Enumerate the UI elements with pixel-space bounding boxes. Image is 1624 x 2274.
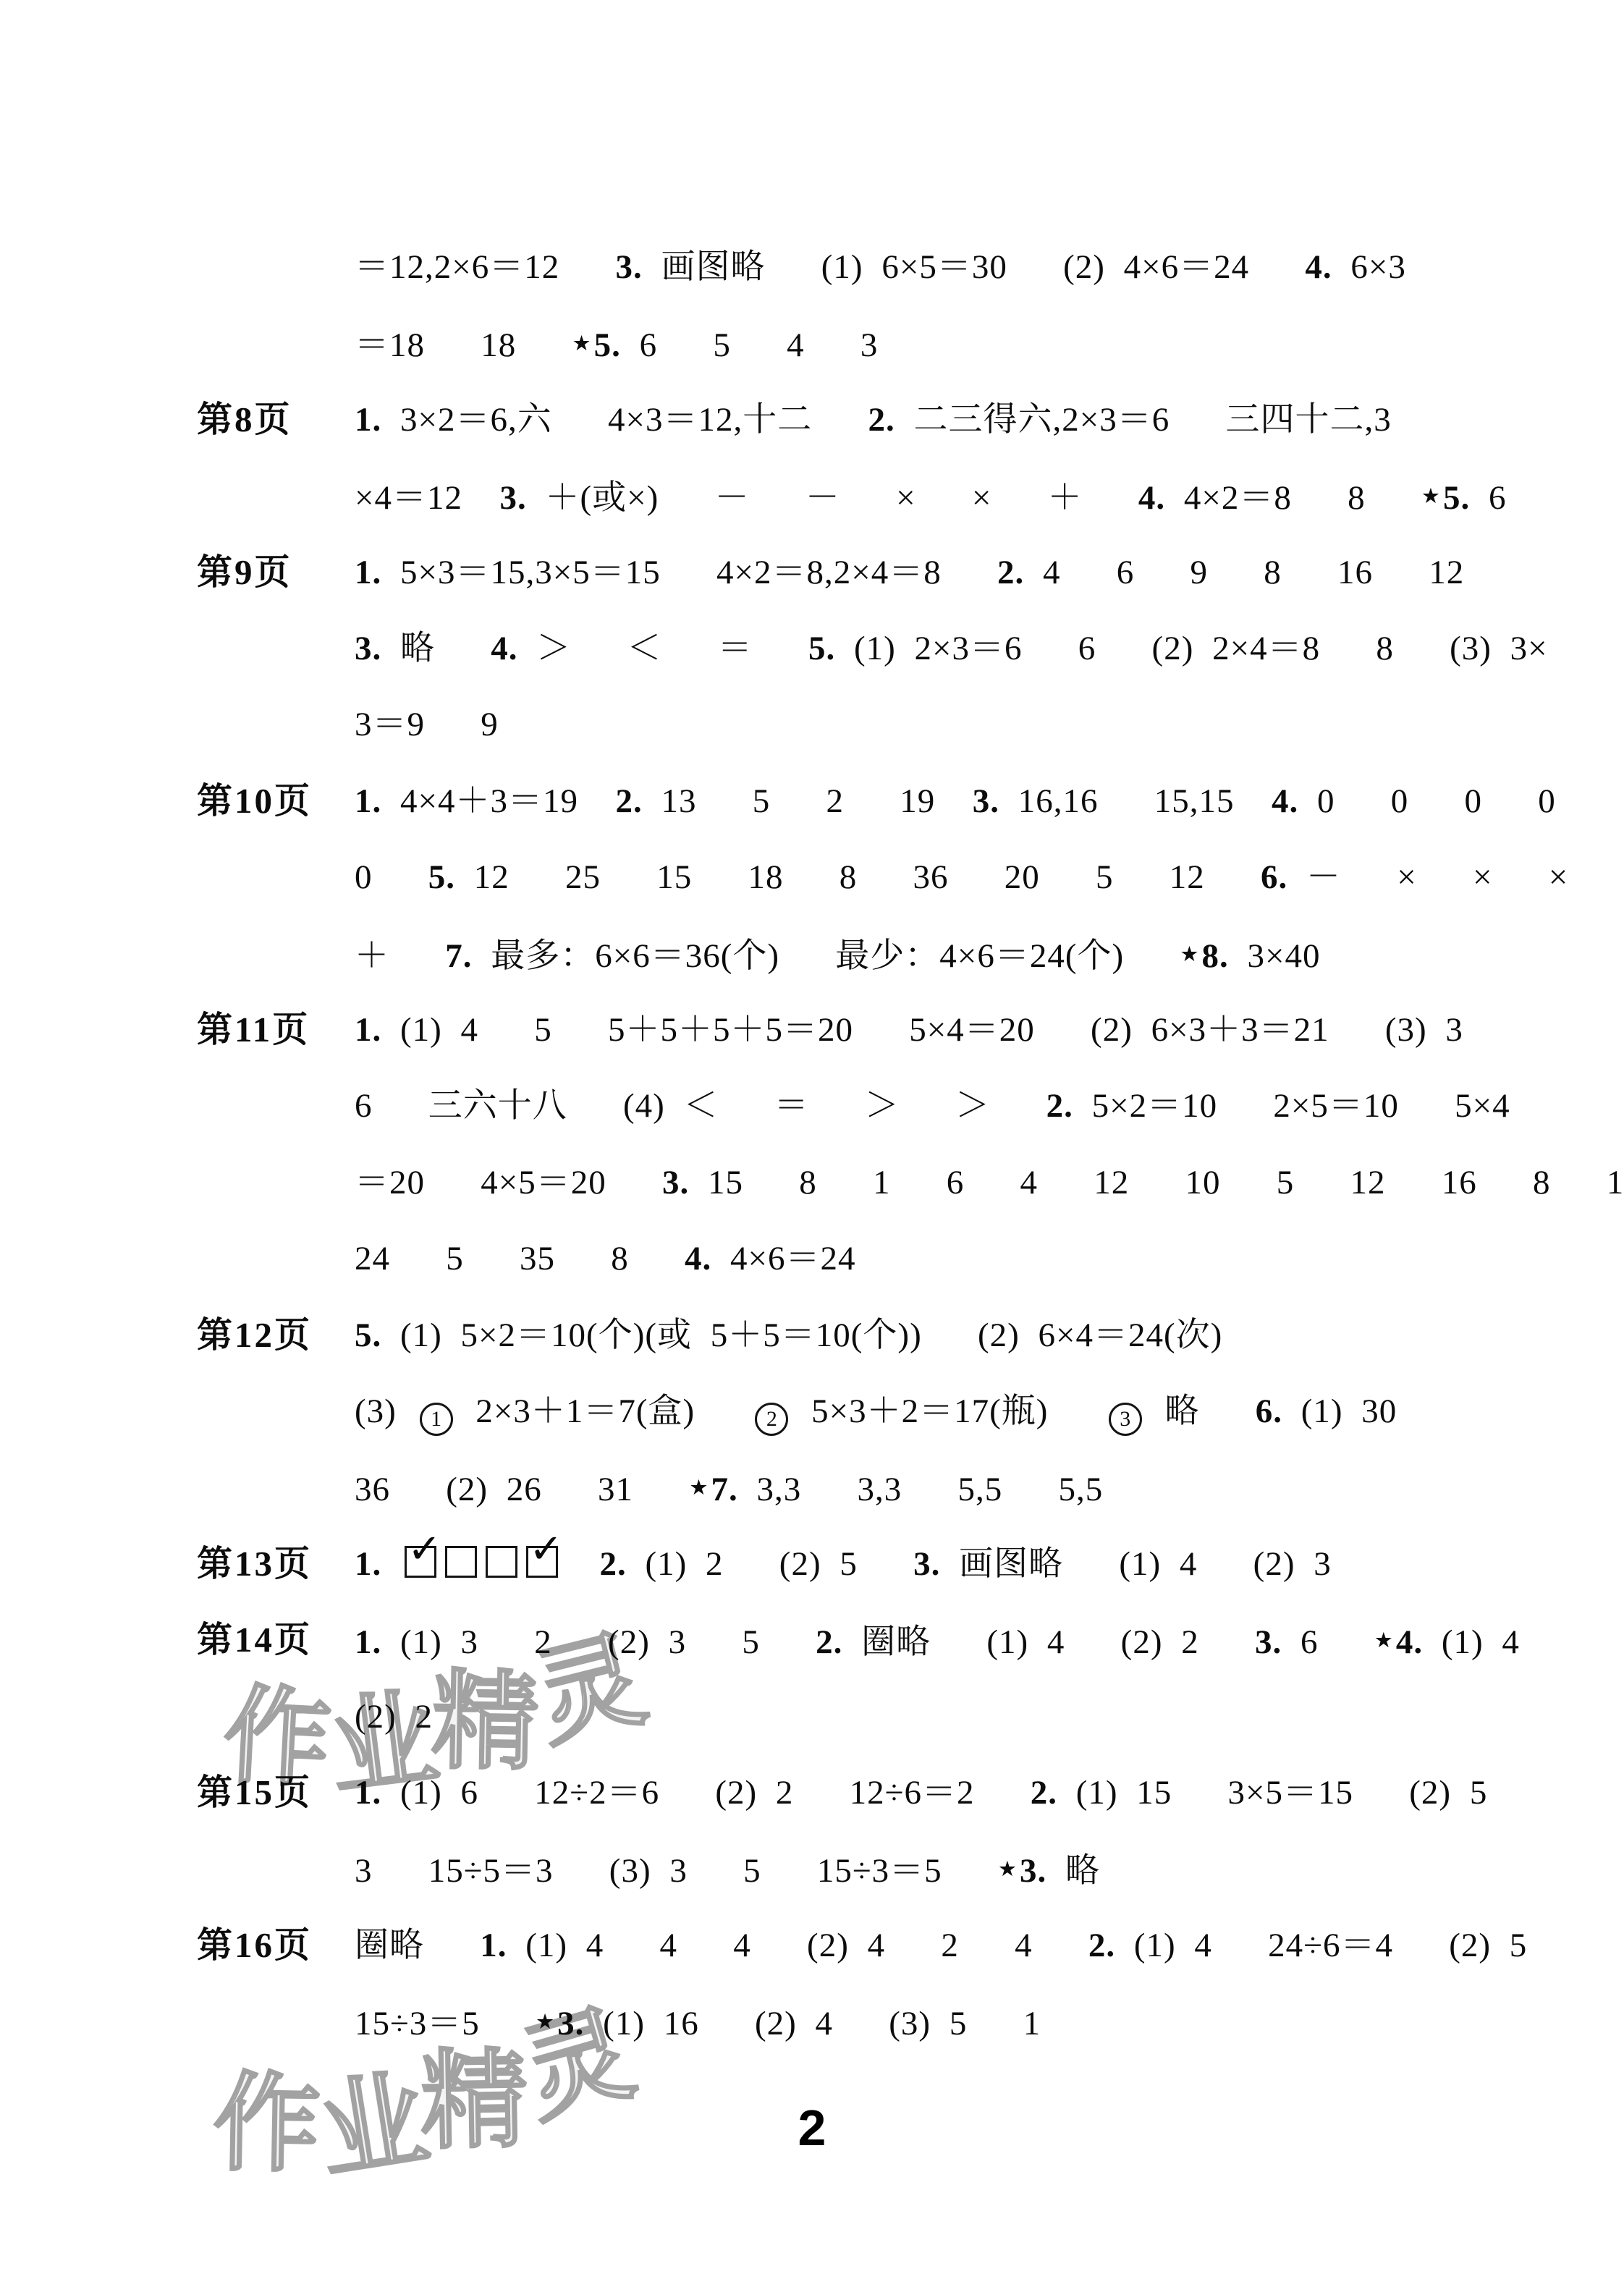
item-number: 4. [491, 630, 517, 667]
answer-text: 3×40 [1229, 937, 1321, 975]
circled-number: 3 [1109, 1403, 1142, 1436]
item-number: 3. [500, 479, 527, 517]
answer-text: 6 [1282, 1623, 1374, 1661]
star-icon: ★ [998, 1856, 1018, 1881]
answer-text: ＋(或×) － － × × ＋ [527, 479, 1138, 517]
answer-text: 5×3＝15,3×5＝15 4×2＝8,2×4＝8 [381, 554, 997, 591]
answer-text: (1) 15 3×5＝15 (2) 5 [1057, 1774, 1487, 1812]
answer-text: 36 (2) 26 31 [355, 1471, 689, 1508]
item-number: 6. [1261, 858, 1287, 896]
answer-text: 6 5 4 3 [621, 326, 879, 364]
answer-line: 1. (1) 4 5 5＋5＋5＋5＝20 5×4＝20 (2) 6×3＋3＝2… [355, 992, 1463, 1068]
item-number: 7. [445, 937, 472, 975]
item-number: 1. [355, 401, 381, 439]
page-label: 第8页 [197, 381, 292, 458]
answer-text: (2) 2 [355, 1698, 433, 1736]
answer-text: (1) 4 4 4 (2) 4 2 4 [507, 1927, 1088, 1964]
item-number: 1. [355, 782, 381, 820]
page-label: 第12页 [197, 1297, 312, 1374]
page-label: 第10页 [197, 763, 312, 840]
answer-text: 3×2＝6,六 4×3＝12,十二 [381, 401, 868, 439]
answer-line: (3) 1 2×3＋1＝7(盒) 2 5×3＋2＝17(瓶) 3 略 6. (1… [355, 1373, 1397, 1450]
page-number: 2 [776, 2099, 848, 2157]
answer-line: ＋ 7. 最多：6×6＝36(个) 最少：4×6＝24(个) ★8. 3×40 [355, 916, 1321, 992]
answer-text: 画图略 (1) 4 (2) 3 [940, 1545, 1331, 1583]
item-number: 4. [685, 1240, 711, 1277]
item-number: 1. [355, 1545, 381, 1583]
star-icon: ★ [1180, 942, 1199, 966]
answer-line: (2) 2 [355, 1678, 433, 1755]
item-number: 3. [1020, 1852, 1046, 1890]
item-number: 3. [913, 1545, 940, 1583]
answer-text: 6 三六十八 (4) ＜ ＝ ＞ ＞ [355, 1087, 1046, 1125]
answer-line: ＝12,2×6＝12 3. 画图略 (1) 6×5＝30 (2) 4×6＝24 … [355, 229, 1406, 305]
item-number: 8. [1202, 937, 1229, 975]
answer-line: 36 (2) 26 31 ★7. 3,3 3,3 5,5 5,5 [355, 1449, 1103, 1526]
item-number: 6. [1256, 1392, 1282, 1430]
star-icon: ★ [1374, 1628, 1394, 1652]
page-label: 第16页 [197, 1907, 312, 1984]
answer-text: 4×2＝8 8 [1165, 479, 1421, 517]
item-number: 3. [355, 630, 381, 667]
answer-line: 0 5. 12 25 15 18 8 36 20 5 12 6. － × × ×… [355, 839, 1624, 916]
answer-text: (1) 6 12÷2＝6 (2) 2 12÷6＝2 [381, 1774, 1030, 1812]
answer-text: (1) 3 2 (2) 3 5 [381, 1623, 816, 1661]
answer-text: 圈略 [355, 1927, 480, 1964]
answer-text: 0 [355, 858, 428, 896]
answer-text: 最多：6×6＝36(个) 最少：4×6＝24(个) [473, 937, 1180, 975]
answer-line: ＝18 18 ★5. 6 5 4 3 [355, 305, 878, 381]
checkbox-empty-icon [486, 1546, 517, 1578]
answer-text: (1) 30 [1282, 1392, 1397, 1430]
item-number: 3. [616, 248, 643, 286]
answer-text: 3 15÷5＝3 (3) 3 5 15÷3＝5 [355, 1852, 998, 1890]
circled-number: 2 [755, 1403, 788, 1436]
answer-text: 3,3 3,3 5,5 5,5 [738, 1471, 1104, 1508]
answer-line: 5. (1) 5×2＝10(个)(或 5＋5＝10(个)) (2) 6×4＝24… [355, 1297, 1222, 1374]
item-number: 2. [816, 1623, 842, 1661]
page-label: 第11页 [197, 992, 310, 1068]
answer-line: 1. (1) 6 12÷2＝6 (2) 2 12÷6＝2 2. (1) 15 3… [355, 1754, 1487, 1831]
answer-text: (3) [355, 1392, 415, 1430]
circled-number: 1 [420, 1403, 453, 1436]
item-number: 3. [662, 1164, 689, 1201]
check-mark-icon: ✓ [407, 1529, 442, 1570]
page-label: 第9页 [197, 534, 292, 611]
answer-line: ＝20 4×5＝20 3. 15 8 1 6 4 12 10 5 12 16 8… [355, 1144, 1624, 1221]
answer-line: 1. ✓✓ 2. (1) 2 (2) 5 3. 画图略 (1) 4 (2) 3 [355, 1526, 1332, 1602]
item-number: 5. [1443, 479, 1470, 517]
item-number: 2. [997, 554, 1024, 591]
item-number: 2. [1088, 1927, 1115, 1964]
answer-text: ＋ [355, 937, 445, 975]
answer-line: 3＝9 9 [355, 686, 499, 763]
item-number: 1. [355, 1774, 381, 1812]
answer-text: 4×6＝24 [711, 1240, 855, 1277]
answer-line: 24 5 35 8 4. 4×6＝24 [355, 1220, 856, 1297]
answer-text: 3＝9 9 [355, 706, 499, 743]
item-number: 7. [711, 1471, 737, 1508]
answer-text: (1) 4 24÷6＝4 (2) 5 [1115, 1927, 1527, 1964]
answer-key-page: 作业精灵 作业精灵 ＝12,2×6＝12 3. 画图略 (1) 6×5＝30 (… [0, 0, 1624, 2274]
checkbox-empty-icon [445, 1546, 477, 1578]
star-icon: ★ [1421, 483, 1441, 508]
answer-text: ＝12,2×6＝12 [355, 248, 616, 286]
answer-line: 3 15÷5＝3 (3) 3 5 15÷3＝5 ★3. 略 [355, 1830, 1100, 1907]
item-number: 5. [355, 1316, 381, 1354]
answer-line: 圈略 1. (1) 4 4 4 (2) 4 2 4 2. (1) 4 24÷6＝… [355, 1907, 1527, 1984]
answer-line: 3. 略 4. ＞ ＜ ＝ 5. (1) 2×3＝6 6 (2) 2×4＝8 8… [355, 610, 1548, 687]
answer-line: 1. 5×3＝15,3×5＝15 4×2＝8,2×4＝8 2. 4 6 9 8 … [355, 534, 1464, 611]
star-icon: ★ [572, 331, 592, 355]
answer-text: (1) 2×3＝6 6 (2) 2×4＝8 8 (3) 3× [835, 630, 1547, 667]
page-label: 第14页 [197, 1602, 312, 1678]
item-number: 1. [355, 1011, 381, 1049]
item-number: 2. [600, 1545, 627, 1583]
answer-text: － × × × ＋ [1287, 858, 1624, 896]
answer-text: 略 [381, 630, 491, 667]
answer-line: 15÷3＝5 ★3. (1) 16 (2) 4 (3) 5 1 [355, 1983, 1041, 2060]
page-label: 第15页 [197, 1754, 312, 1831]
answer-line: 6 三六十八 (4) ＜ ＝ ＞ ＞ 2. 5×2＝10 2×5＝10 5×4 [355, 1068, 1510, 1144]
item-number: 1. [355, 1623, 381, 1661]
item-number: 3. [557, 2005, 584, 2042]
answer-text: 圈略 (1) 4 (2) 2 [842, 1623, 1255, 1661]
answer-text: (1) 16 (2) 4 (3) 5 1 [584, 2005, 1041, 2042]
answer-text: (1) 2 (2) 5 [627, 1545, 913, 1583]
item-number: 4. [1138, 479, 1165, 517]
answer-text: 6 [1470, 479, 1506, 517]
star-icon: ★ [689, 1475, 709, 1500]
item-number: 1. [355, 554, 381, 591]
answer-text: 二三得六,2×3＝6 三四十二,3 [895, 401, 1392, 439]
answer-line: 1. (1) 3 2 (2) 3 5 2. 圈略 (1) 4 (2) 2 3. … [355, 1602, 1520, 1678]
item-number: 3. [973, 782, 999, 820]
answer-line: 1. 3×2＝6,六 4×3＝12,十二 2. 二三得六,2×3＝6 三四十二,… [355, 381, 1392, 458]
page-label: 第13页 [197, 1526, 312, 1602]
answer-text: 15 8 1 6 4 12 10 5 12 16 8 15 [689, 1164, 1624, 1201]
answer-text: 12 25 15 18 8 36 20 5 12 [455, 858, 1261, 896]
answers-content: ＝12,2×6＝12 3. 画图略 (1) 6×5＝30 (2) 4×6＝24 … [0, 0, 1624, 2274]
answer-text: ×4＝12 [355, 479, 500, 517]
answer-text: 16,16 15,15 [999, 782, 1272, 820]
answer-text: 略 [1046, 1852, 1100, 1890]
answer-text: 4×4＋3＝19 [381, 782, 615, 820]
item-number: 3. [1255, 1623, 1282, 1661]
item-number: 2. [1046, 1087, 1073, 1125]
answer-text: 5×2＝10 2×5＝10 5×4 [1073, 1087, 1510, 1125]
answer-text: (1) 4 5 5＋5＋5＋5＝20 5×4＝20 (2) 6×3＋3＝21 (… [381, 1011, 1463, 1049]
answer-text: (1) 4 [1423, 1623, 1520, 1661]
answer-text: ＝18 18 [355, 326, 572, 364]
answer-text: 4 6 9 8 16 12 [1024, 554, 1464, 591]
item-number: 5. [594, 326, 621, 364]
answer-text: 15÷3＝5 [355, 2005, 536, 2042]
answer-text [381, 1545, 400, 1583]
item-number: 4. [1396, 1623, 1423, 1661]
item-number: 2. [1031, 1774, 1057, 1812]
item-number: 4. [1272, 782, 1298, 820]
answer-text [562, 1545, 600, 1583]
item-number: 2. [616, 782, 643, 820]
item-number: 1. [480, 1927, 507, 1964]
check-mark-icon: ✓ [529, 1529, 564, 1570]
answer-text: 画图略 (1) 6×5＝30 (2) 4×6＝24 [643, 248, 1306, 286]
item-number: 2. [868, 401, 895, 439]
answer-line: ×4＝12 3. ＋(或×) － － × × ＋ 4. 4×2＝8 8 ★5. … [355, 457, 1506, 534]
item-number: 4. [1305, 248, 1332, 286]
checkbox-checked-icon: ✓ [405, 1546, 436, 1578]
answer-text: 2×3＋1＝7(盒) [457, 1392, 751, 1430]
star-icon: ★ [536, 2009, 555, 2034]
answer-text: ＝20 4×5＝20 [355, 1164, 662, 1201]
answer-text: 6×3 [1332, 248, 1406, 286]
answer-text: 略 [1146, 1392, 1256, 1430]
answer-text: 24 5 35 8 [355, 1240, 685, 1277]
checkbox-checked-icon: ✓ [526, 1546, 558, 1578]
answer-text: 5×3＋2＝17(瓶) [792, 1392, 1104, 1430]
answer-text: ＞ ＜ ＝ [518, 630, 809, 667]
answer-text: 13 5 2 19 [643, 782, 973, 820]
item-number: 5. [808, 630, 835, 667]
answer-text: (1) 5×2＝10(个)(或 5＋5＝10(个)) (2) 6×4＝24(次) [381, 1316, 1222, 1354]
answer-text: 0 0 0 0 [1298, 782, 1556, 820]
item-number: 5. [428, 858, 455, 896]
answer-line: 1. 4×4＋3＝19 2. 13 5 2 19 3. 16,16 15,15 … [355, 763, 1556, 840]
